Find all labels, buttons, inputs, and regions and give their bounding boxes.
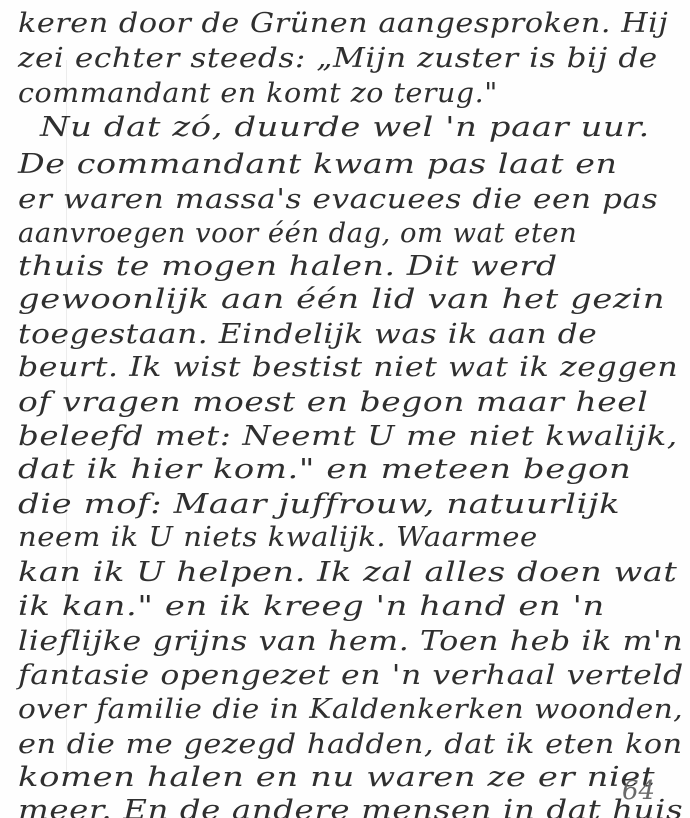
page-number: 64 <box>622 776 655 806</box>
handwritten-line: komen halen en nu waren ze er niet <box>18 762 655 793</box>
handwritten-line: over familie die in Kaldenkerken woonden… <box>18 694 683 725</box>
handwritten-page: keren door de Grünen aangesproken. Hijze… <box>0 0 690 818</box>
handwritten-line: thuis te mogen halen. Dit werd <box>18 251 558 282</box>
handwritten-line: meer. En de andere mensen in dat huis <box>18 795 683 818</box>
handwritten-line: zei echter steeds: „Mijn zuster is bij d… <box>18 43 658 74</box>
handwritten-line: en die me gezegd hadden, dat ik eten kon <box>18 729 683 760</box>
handwritten-line: gewoonlijk aan één lid van het gezin <box>18 284 665 315</box>
handwritten-line: beleefd met: Neemt U me niet kwalijk, <box>18 421 678 452</box>
handwritten-line: ik kan." en ik kreeg 'n hand en 'n <box>18 591 605 622</box>
handwritten-line: lieflijke grijns van hem. Toen heb ik m'… <box>18 626 683 657</box>
handwritten-line: keren door de Grünen aangesproken. Hij <box>18 8 668 39</box>
handwritten-line: er waren massa's evacuees die een pas <box>18 184 658 215</box>
handwritten-line: beurt. Ik wist bestist niet wat ik zegge… <box>18 352 678 383</box>
handwritten-line: De commandant kwam pas laat en <box>18 149 618 180</box>
handwritten-line: of vragen moest en begon maar heel <box>18 387 648 418</box>
handwritten-line: aanvroegen voor één dag, om wat eten <box>18 218 577 249</box>
handwritten-line: neem ik U niets kwalijk. Waarmee <box>18 522 538 553</box>
handwritten-line: dat ik hier kom." en meteen begon <box>18 454 631 485</box>
handwritten-line: die mof: Maar juffrouw, natuurlijk <box>18 489 620 520</box>
handwritten-line: fantasie opengezet en 'n verhaal verteld <box>18 660 684 691</box>
handwritten-line: kan ik U helpen. Ik zal alles doen wat <box>18 557 677 588</box>
handwritten-line: toegestaan. Eindelijk was ik aan de <box>18 319 597 350</box>
handwritten-line: Nu dat zó, duurde wel 'n paar uur. <box>40 112 650 143</box>
handwritten-line: commandant en komt zo terug." <box>18 78 498 109</box>
